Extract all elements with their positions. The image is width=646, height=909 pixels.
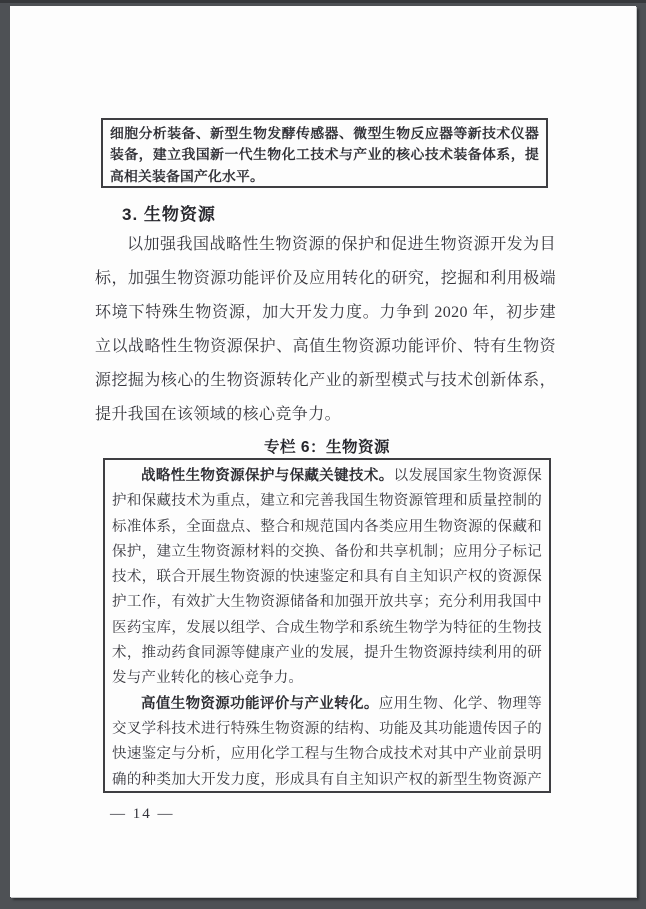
column-6-title: 专栏 6：生物资源: [103, 435, 551, 457]
paragraph-2-lead: 高值生物资源功能评价与产业转化。: [141, 696, 379, 712]
paragraph-1-body: 以发展国家生物资源保护和保藏技术为重点，建立和完善我国生物资源管理和质量控制的标…: [112, 468, 542, 686]
section-paragraph: 以加强我国战略性生物资源的保护和促进生物资源开发为目标，加强生物资源功能评价及应…: [95, 228, 556, 432]
column-6-box: 战略性生物资源保护与保藏关键技术。以发展国家生物资源保护和保藏技术为重点，建立和…: [103, 458, 551, 793]
column-6-paragraph-2: 高值生物资源功能评价与产业转化。应用生物、化学、物理等交叉学科技术进行特殊生物资…: [112, 692, 542, 793]
column-6-paragraph-1: 战略性生物资源保护与保藏关键技术。以发展国家生物资源保护和保藏技术为重点，建立和…: [112, 464, 542, 692]
section-heading-bio-resources: 3. 生物资源: [122, 200, 216, 225]
scanned-document-viewport: 细胞分析装备、新型生物发酵传感器、微型生物反应器等新技术仪器装备，建立我国新一代…: [0, 0, 646, 909]
page-number: — 14 —: [110, 806, 175, 823]
callout-box-equipment-continuation: 细胞分析装备、新型生物发酵传感器、微型生物反应器等新技术仪器装备，建立我国新一代…: [101, 118, 548, 188]
callout-box-text: 细胞分析装备、新型生物发酵传感器、微型生物反应器等新技术仪器装备，建立我国新一代…: [110, 123, 539, 187]
paragraph-1-lead: 战略性生物资源保护与保藏关键技术。: [141, 468, 394, 484]
document-page: 细胞分析装备、新型生物发酵传感器、微型生物反应器等新技术仪器装备，建立我国新一代…: [10, 6, 636, 897]
